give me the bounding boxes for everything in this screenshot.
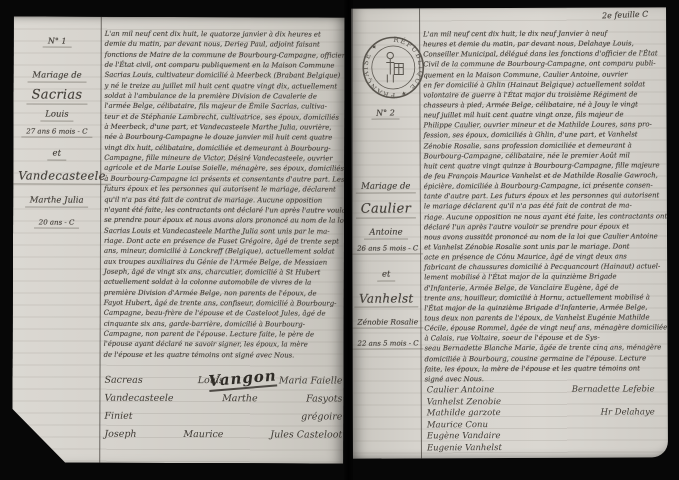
act-text-line: faite, les époux, la mère de l'épouse et… bbox=[425, 363, 668, 374]
act-text-line: fabricant de chaussures domicilié à Pecq… bbox=[424, 262, 667, 273]
act-text-line: ans, mineur, domicilié à Lonckreff (Belg… bbox=[104, 246, 345, 257]
marianne-figure-icon bbox=[386, 52, 403, 82]
left-register-page: N° 1 Mariage de Sacrias Louis 27 ans 6 m… bbox=[12, 16, 345, 463]
groom-firstname-right: Antoine bbox=[352, 227, 420, 239]
signature: Joseph bbox=[104, 429, 136, 440]
signature: Hr Delahaye bbox=[601, 407, 655, 417]
act-text-line: nous avons aussitôt prononcé au nom de l… bbox=[424, 231, 667, 242]
act-text-line: née à Bourbourg-Campagne le douze janvie… bbox=[104, 132, 344, 143]
book-gutter bbox=[344, 0, 353, 480]
act-text-line: qu'il n'a pas été fait de contrat de mar… bbox=[104, 194, 345, 205]
act-text-line: aux troupes auxiliaires du Génie de l'Ar… bbox=[104, 256, 345, 267]
groom-surname-right: Caulier bbox=[352, 201, 420, 218]
act-text-left: L'an mil neuf cent dix huit, le quatorze… bbox=[104, 29, 345, 361]
signatures-left: SacreasLouisMaria FaielleVandecasteeleMa… bbox=[104, 375, 342, 448]
act-text-line: agricole et de Marie Louise Soielle, mén… bbox=[104, 163, 345, 174]
signature: Eugène Vandaire bbox=[427, 431, 501, 441]
act-number-right: N° 2 bbox=[351, 108, 419, 119]
signature: Fasyots bbox=[306, 393, 342, 404]
act-text-line: de l'épouse et les quatre témoins ont si… bbox=[104, 349, 345, 360]
republique-francaise-stamp: RÉPUBLIQUE ✦ FRANÇAISE ✦ bbox=[360, 34, 426, 104]
signature-row: Vanhelst Zenobie bbox=[427, 396, 655, 407]
signature-row: SacreasLouisMaria Faielle bbox=[104, 375, 342, 387]
act-text-line: actuellement soldat à la colonne automob… bbox=[104, 277, 345, 288]
signature-row: Eugène Vandaire bbox=[427, 430, 655, 441]
act-text-line: Cécile, épouse Rommel, âgée de vingt neu… bbox=[424, 322, 667, 333]
signature: Jules Casteloot bbox=[270, 429, 342, 440]
signature-row: Eugenie Vanhelst bbox=[427, 442, 655, 453]
act-text-line: Civil de la commune de Bourbourg-Campagn… bbox=[423, 59, 666, 70]
signature-row: VandecasteeleMartheFasyots bbox=[104, 393, 342, 405]
act-text-line: le mariage déclarent qu'il n'a pas été f… bbox=[424, 201, 667, 212]
act-text-line: demie du matin, par devant nous, Derieg … bbox=[105, 39, 345, 50]
act-text-line: seau Bernadette Blanche Marie, âgée de t… bbox=[424, 343, 667, 354]
act-text-line: domiciliée à Bourbourg, cousine germaine… bbox=[425, 353, 668, 364]
register-scan: { "document": { "kind": "Registre d'état… bbox=[0, 0, 679, 480]
et-label-right: et bbox=[352, 269, 420, 281]
bride-surname-left: Vandecasteele bbox=[13, 168, 100, 184]
signature: grégoire bbox=[301, 411, 342, 422]
signature: Maria Faielle bbox=[279, 375, 343, 386]
et-label-left: et bbox=[13, 148, 100, 160]
right-register-page: 2e feuille C RÉPUBLIQUE ✦ FRANÇAISE ✦ N°… bbox=[351, 7, 668, 458]
left-margin-rule bbox=[99, 17, 102, 463]
signature: Maurice Conu bbox=[427, 420, 488, 430]
svg-text:RÉPUBLIQUE ✦ FRANÇAISE ✦: RÉPUBLIQUE ✦ FRANÇAISE ✦ bbox=[361, 35, 426, 101]
bride-surname-right: Vanhelst bbox=[352, 291, 420, 307]
act-text-line: riage. Aucune opposition ne nous ayant é… bbox=[424, 211, 667, 222]
signature: Caulier Antoine bbox=[427, 385, 495, 395]
bride-age-right: 22 ans 5 mois - C bbox=[352, 339, 420, 349]
act-text-line: l'épouse ayant déclaré ne savoir signer,… bbox=[104, 339, 345, 350]
act-text-line: fession, ses époux, domiciliés à Ghlin, … bbox=[424, 130, 667, 141]
signature: Marthe bbox=[222, 393, 258, 404]
act-text-line: chasseurs à pied, Armée Belge, célibatai… bbox=[423, 99, 666, 110]
bride-firstname-left: Marthe Julia bbox=[13, 195, 100, 207]
act-text-line: Sacrias Louis, cultivateur domicilié à M… bbox=[105, 70, 345, 81]
signature: Vandecasteele bbox=[104, 393, 173, 404]
act-text-line: l'armée Belge, célibataire, fils majeur … bbox=[104, 101, 344, 112]
groom-firstname-left: Louis bbox=[13, 109, 100, 121]
signature: Vanhelst Zenobie bbox=[427, 397, 501, 407]
act-text-line: Zénobie Rosalie, sans profession domicil… bbox=[424, 140, 667, 151]
bride-firstname-right: Zénobie Rosalie bbox=[352, 317, 420, 328]
mariage-label-right: Mariage de bbox=[352, 181, 420, 193]
signature: Louis bbox=[198, 375, 224, 386]
signature: Finiet bbox=[104, 411, 132, 422]
stamp-text: RÉPUBLIQUE ✦ FRANÇAISE ✦ bbox=[361, 35, 426, 101]
signature-row: Mathilde garzoteHr Delahaye bbox=[427, 407, 655, 418]
signature: Sacreas bbox=[104, 375, 142, 386]
signature-row: Maurice Conu bbox=[427, 419, 655, 430]
signatures-right: Caulier AntoineBernadette LefebieVanhels… bbox=[427, 384, 655, 454]
signature: Maurice bbox=[183, 429, 223, 440]
act-text-right: L'an mil neuf cent dix huit, le dix neuf… bbox=[423, 28, 668, 384]
bride-age-left: 20 ans - C bbox=[13, 218, 100, 228]
signature: Bernadette Lefebie bbox=[572, 384, 655, 394]
signature-row: Caulier AntoineBernadette Lefebie bbox=[427, 384, 655, 395]
act-text-line: futurs époux et les personnes qui autori… bbox=[104, 184, 345, 195]
act-number-left: N° 1 bbox=[14, 36, 101, 47]
act-text-line: Sacrias Louis et Vandecasteele Marthe Ju… bbox=[104, 225, 345, 236]
folio-note: 2e feuille C bbox=[602, 10, 649, 21]
signature-row: Finietgrégoire bbox=[104, 411, 342, 423]
signature: Mathilde garzote bbox=[427, 408, 501, 418]
groom-age-left: 27 ans 6 mois - C bbox=[13, 127, 100, 137]
signature-row: JosephMauriceJules Casteloot bbox=[104, 429, 342, 441]
groom-age-right: 26 ans 5 mois - C bbox=[352, 244, 420, 254]
act-text-line: Campagne, beau-frère de l'épouse et de C… bbox=[104, 308, 345, 319]
act-text-line: se prendre pour époux et nous avons alor… bbox=[104, 215, 345, 226]
signature: Eugenie Vanhelst bbox=[427, 443, 502, 453]
mariage-label-left: Mariage de bbox=[14, 70, 101, 82]
act-text-line: signé avec Nous. bbox=[425, 373, 668, 384]
groom-surname-left: Sacrias bbox=[13, 87, 100, 104]
